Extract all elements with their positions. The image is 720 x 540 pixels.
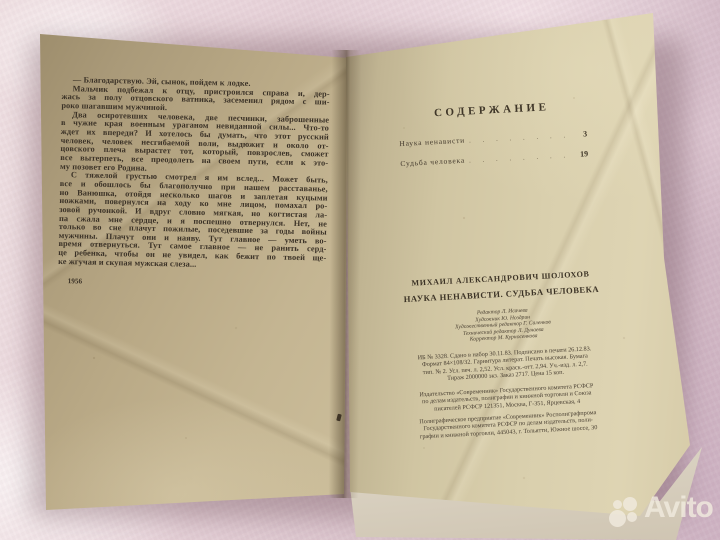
imprint-block: ИБ № 3328. Сдано в набор 30.11.83. Подпи… [354, 342, 655, 387]
book-left-page: — Благодарствую. Эй, сынок, пойдем к лод… [36, 28, 350, 514]
toc-dot-leader: . . . . . . . . . . . . . . . . . . . . [469, 151, 571, 164]
story-text: — Благодарствую. Эй, сынок, пойдем к лод… [58, 76, 330, 272]
left-page-content: — Благодарствую. Эй, сынок, пойдем к лод… [58, 76, 330, 291]
table-of-contents: Наука ненависти . . . . . . . . . . . . … [399, 129, 589, 179]
credits-block: Редактор Л. ИсачеваХудожник Ю. НоздринХу… [352, 301, 653, 350]
toc-page-number: 19 [574, 149, 588, 159]
toc-dot-leader: . . . . . . . . . . . . . . . . . . . . [469, 131, 570, 144]
photo-open-book: — Благодарствую. Эй, сынок, пойдем к лод… [0, 0, 720, 540]
right-page-content: СОДЕРЖАНИЕ Наука ненависти . . . . . . .… [337, 1, 663, 528]
toc-page-number: 3 [573, 129, 587, 139]
contents-heading: СОДЕРЖАНИЕ [342, 96, 642, 124]
avito-wordmark: Avito [644, 491, 713, 525]
book-gutter-shadow [328, 50, 361, 498]
toc-row: Наука ненависти . . . . . . . . . . . . … [399, 129, 587, 148]
avito-watermark: Avito [608, 494, 720, 534]
toc-row: Судьба человека . . . . . . . . . . . . … [400, 149, 588, 168]
toc-entry-title: Наука ненависти [399, 136, 465, 148]
toc-entry-title: Судьба человека [400, 156, 465, 168]
book-right-page: СОДЕРЖАНИЕ Наука ненависти . . . . . . .… [344, 8, 696, 520]
story-year: 1956 [58, 277, 326, 291]
